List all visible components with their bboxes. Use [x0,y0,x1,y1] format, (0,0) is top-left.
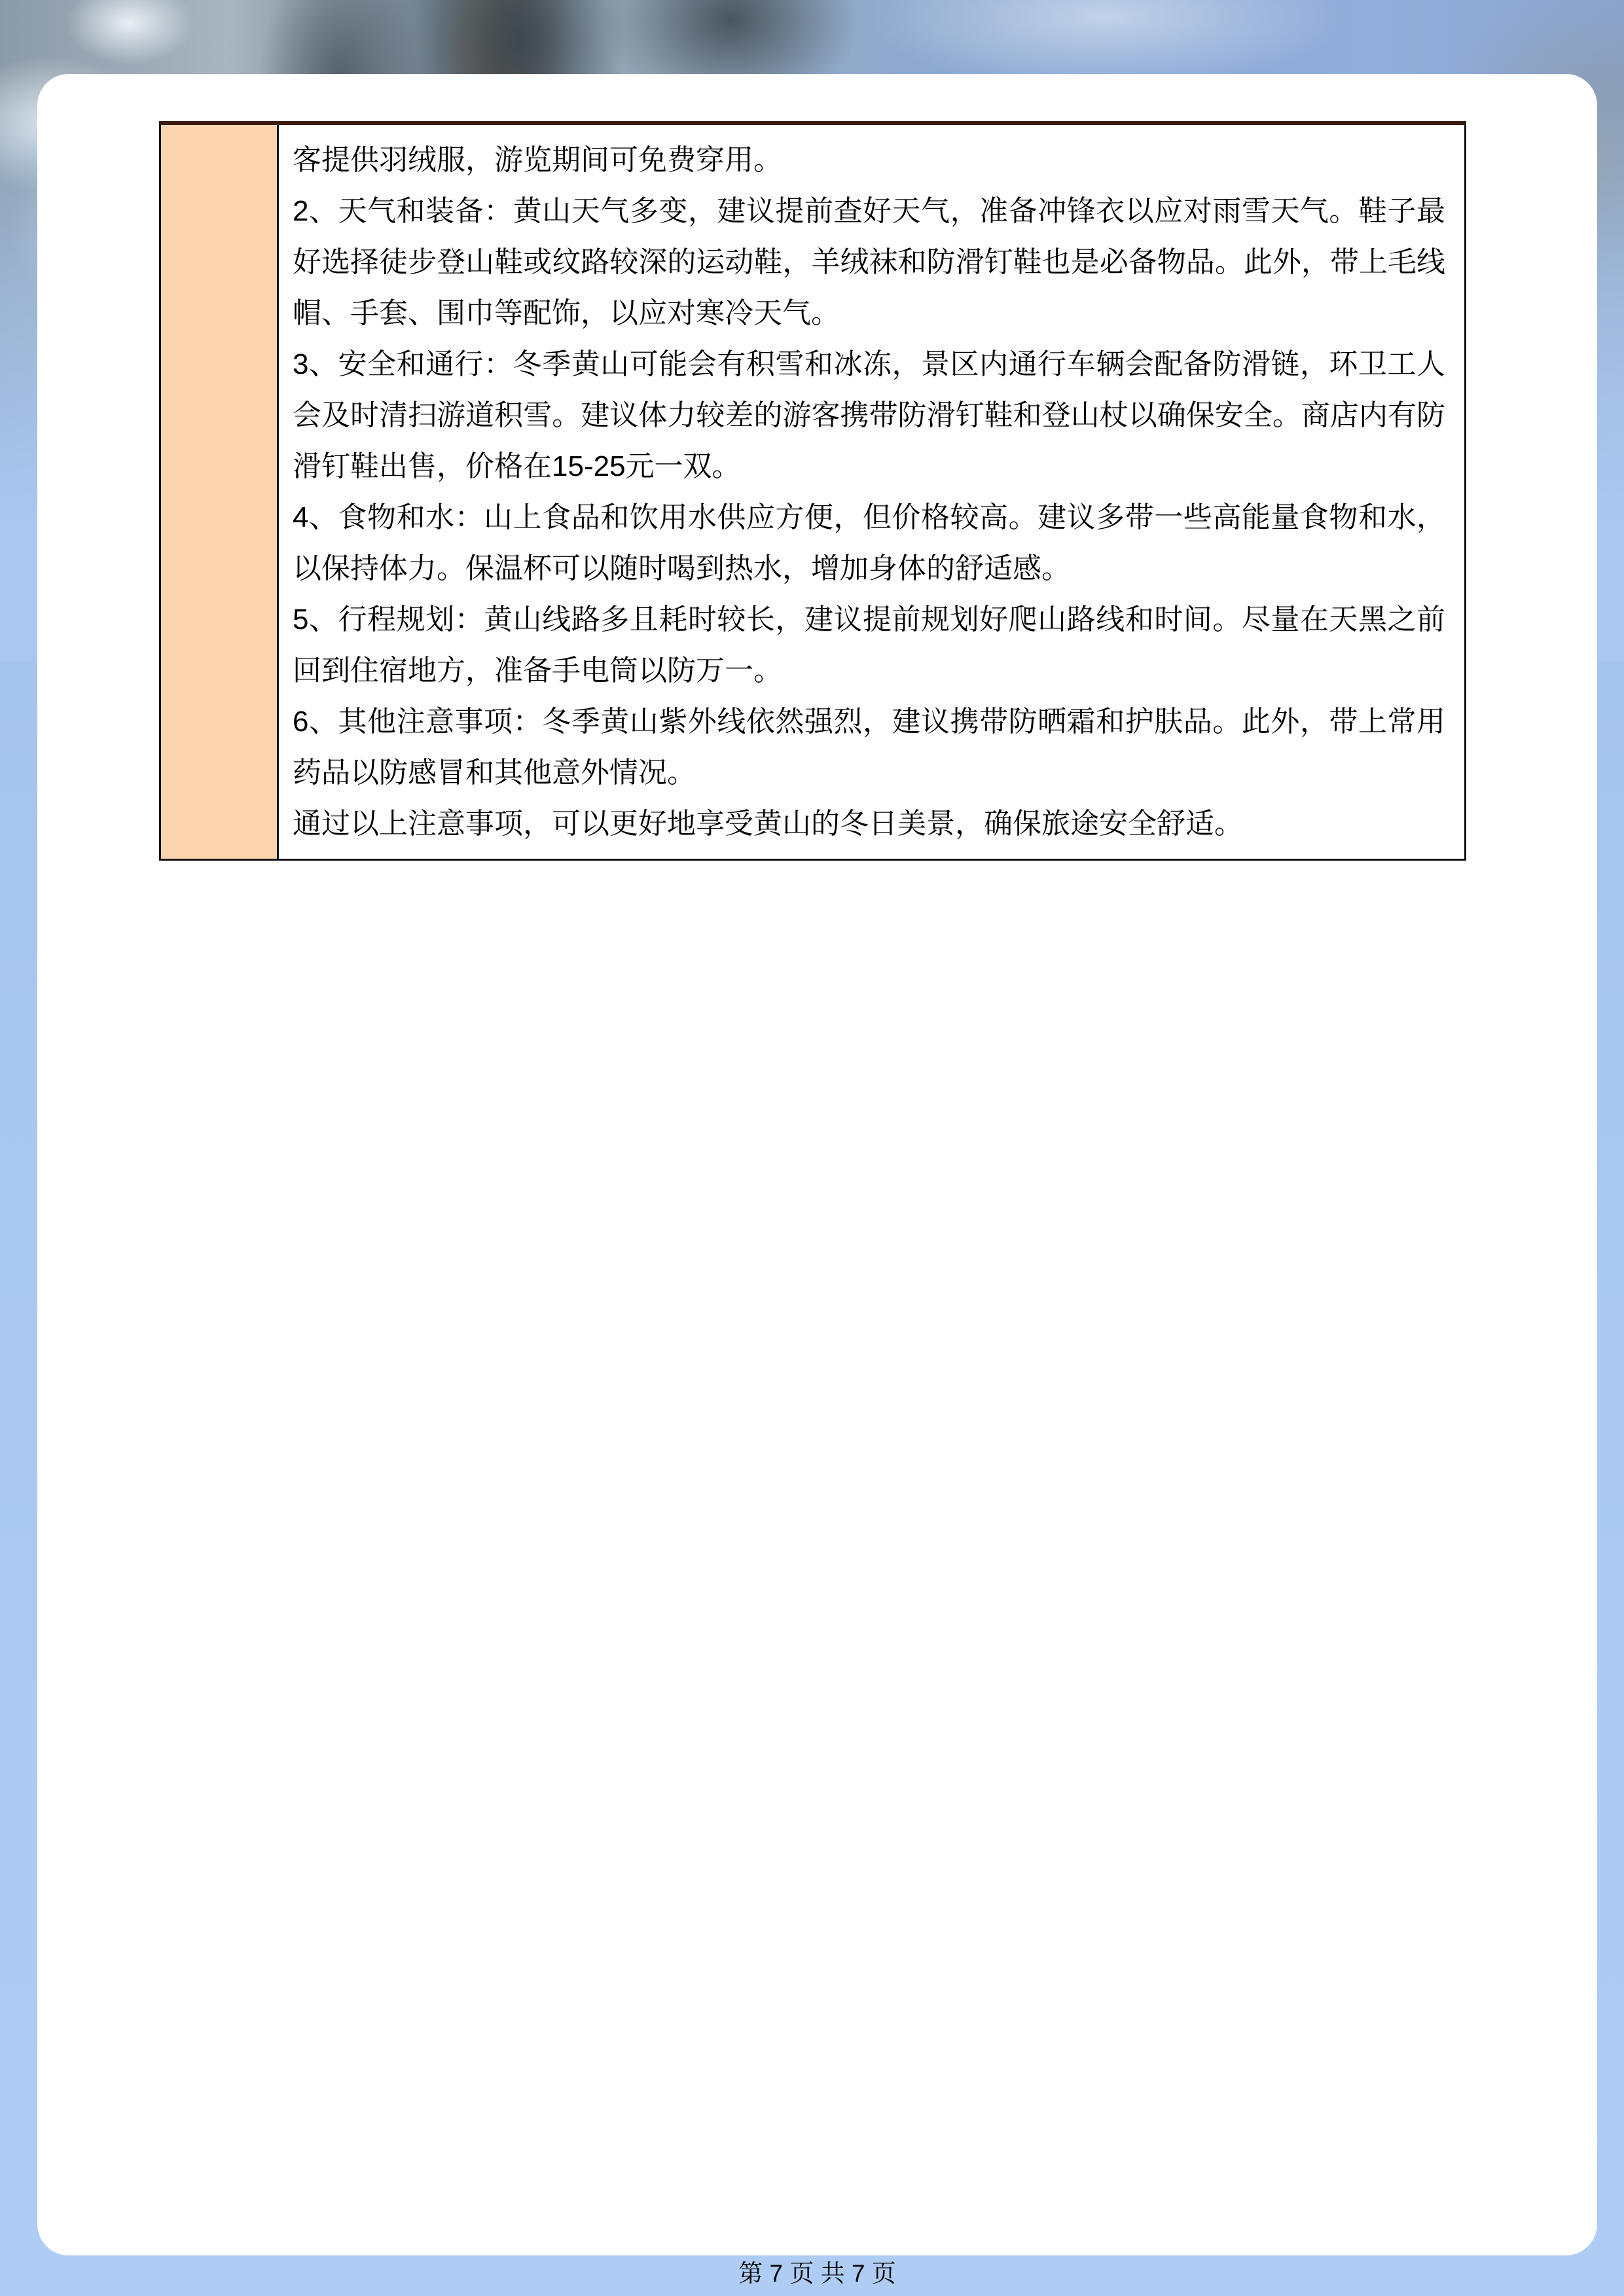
content-card: 客提供羽绒服，游览期间可免费穿用。 2、天气和装备：黄山天气多变，建议提前查好天… [37,74,1597,2255]
note-paragraph: 4、食物和水：山上食品和饮用水供应方便，但价格较高。建议多带一些高能量食物和水，… [293,492,1445,594]
table-content-cell: 客提供羽绒服，游览期间可免费穿用。 2、天气和装备：黄山天气多变，建议提前查好天… [279,125,1464,859]
table-label-cell [161,125,279,859]
page-number-footer: 第 7 页 共 7 页 [37,2253,1597,2289]
note-paragraph: 6、其他注意事项：冬季黄山紫外线依然强烈，建议携带防晒霜和护肤品。此外，带上常用… [293,696,1445,798]
notes-table: 客提供羽绒服，游览期间可免费穿用。 2、天气和装备：黄山天气多变，建议提前查好天… [159,121,1466,861]
document-page: 客提供羽绒服，游览期间可免费穿用。 2、天气和装备：黄山天气多变，建议提前查好天… [0,0,1624,2296]
note-paragraph: 5、行程规划：黄山线路多且耗时较长，建议提前规划好爬山路线和时间。尽量在天黑之前… [293,594,1445,696]
note-paragraph: 通过以上注意事项，可以更好地享受黄山的冬日美景，确保旅途安全舒适。 [293,798,1445,850]
note-paragraph: 3、安全和通行：冬季黄山可能会有积雪和冰冻，景区内通行车辆会配备防滑链，环卫工人… [293,339,1445,492]
note-paragraph: 2、天气和装备：黄山天气多变，建议提前查好天气，准备冲锋衣以应对雨雪天气。鞋子最… [293,186,1445,339]
note-paragraph: 客提供羽绒服，游览期间可免费穿用。 [293,135,1445,186]
